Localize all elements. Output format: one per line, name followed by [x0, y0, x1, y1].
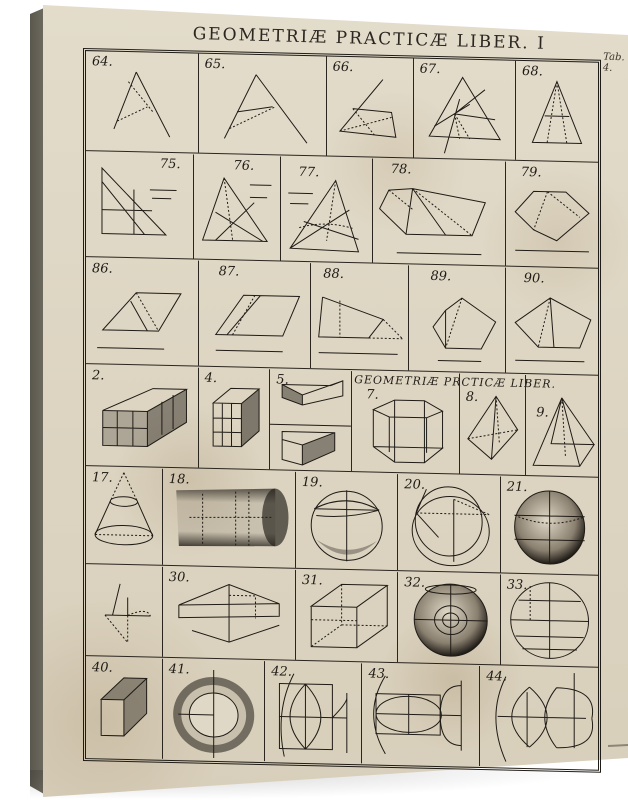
- figure-cell: 8.: [460, 374, 527, 476]
- figure-cell: 76.: [194, 155, 281, 261]
- canvas-side-edge: [30, 8, 44, 794]
- figure-cell: 67.: [414, 59, 516, 160]
- pentagon-diagram-icon: [409, 265, 505, 372]
- figure-cell: 79.: [506, 162, 598, 268]
- figure-cell: 86.: [86, 258, 199, 366]
- sphere-diagram-icon: [296, 472, 397, 570]
- figure-cell: 40.: [86, 657, 163, 759]
- figure-row-7: 40. 41. 42. 43. 44.: [86, 657, 598, 769]
- figure-cell: 21.: [501, 476, 598, 574]
- figure-cell: 17.: [86, 467, 163, 565]
- pyramid-icon: [526, 375, 598, 477]
- triangle-diagram-icon: [414, 59, 515, 160]
- figure-row-2: 75. 76. 77. 78. 79.: [86, 152, 598, 269]
- annulus-icon: [163, 659, 264, 761]
- figure-cell: 77.: [281, 156, 373, 262]
- parallelogram-diagram-icon: [86, 258, 198, 366]
- plate-title: GEOMETRIÆ PRACTICÆ LIBER. I: [192, 24, 546, 54]
- figure-cell: 20.: [398, 474, 500, 572]
- figure-cell: 9.: [526, 375, 598, 477]
- figure-cell: 32.: [398, 572, 500, 664]
- figure-cell: 31.: [296, 570, 398, 662]
- slab-and-prism-icon: [270, 369, 351, 471]
- triangle-diagram-icon: [516, 61, 598, 162]
- lens-square-icon: [265, 661, 361, 763]
- figure-cell: 19.: [296, 472, 398, 570]
- figure-row-3: 86. 87. 88. 89. 90.: [86, 258, 598, 376]
- figure-cell: 4.: [199, 368, 271, 470]
- figure-row-6: 30. 31. 32. 33.: [86, 565, 598, 668]
- cone-sketch-icon: [86, 565, 162, 657]
- triangle-diagram-icon: [86, 152, 193, 258]
- sphere-shaded-icon: [501, 476, 598, 574]
- cube-shaded-icon: [86, 657, 162, 759]
- circle-chords-icon: [501, 574, 598, 666]
- triangle-diagram-icon: [194, 155, 280, 261]
- figure-cell: [86, 565, 163, 657]
- triangle-diagram-icon: [281, 156, 372, 262]
- figure-cell: 44.: [480, 666, 598, 769]
- figure-cell: 89.: [409, 265, 506, 372]
- hexagonal-prism-icon: [352, 371, 459, 473]
- figure-cell: 90.: [506, 268, 598, 375]
- figure-row-4: 2. 4. 5. GEOMETRIÆ PRCTICÆ LIBER. 7. 8. …: [86, 365, 598, 478]
- figure-cell: 68.: [516, 61, 598, 162]
- figure-row-1: 64. 65. 66. 67. 68.: [86, 51, 598, 163]
- engraver-signature: [608, 743, 628, 747]
- figure-row-5: 17. 18. 19. 20. 21.: [86, 467, 598, 576]
- figure-cell: 2.: [86, 365, 199, 468]
- rhombus-prism-icon: [163, 567, 295, 660]
- hexagon-diagram-icon: [506, 162, 598, 268]
- figure-cell: 78.: [373, 159, 506, 266]
- tetrahedron-icon: [460, 374, 526, 475]
- sphere-shaded-icon: [398, 572, 499, 664]
- cone-diagram-icon: [86, 467, 162, 565]
- figure-cell: 75.: [86, 152, 194, 258]
- grid-cube-icon: [199, 368, 270, 470]
- ellipse-square-icon: [362, 663, 479, 766]
- figure-cell: 87.: [199, 261, 312, 369]
- quadrilateral-diagram-icon: [311, 263, 407, 370]
- figure-cell: 42.: [265, 661, 362, 763]
- figure-cell: 64.: [86, 51, 199, 153]
- figure-number: 9.: [536, 405, 548, 420]
- triangle-diagram-icon: [199, 54, 326, 156]
- two-circles-icon: [480, 666, 598, 769]
- figure-cell: 33.: [501, 574, 598, 666]
- figure-cell: 5.: [270, 369, 352, 471]
- figure-cell: 30.: [163, 567, 296, 660]
- cube-wireframe-icon: [296, 570, 397, 662]
- figure-cell: 18.: [163, 469, 296, 568]
- cylinder-diagram-icon: [163, 469, 295, 568]
- figure-cell: GEOMETRIÆ PRCTICÆ LIBER. 7.: [352, 371, 460, 473]
- parallelogram-diagram-icon: [199, 261, 311, 369]
- pentagon-diagram-icon: [506, 268, 598, 375]
- sphere-circles-icon: [398, 474, 499, 572]
- figure-cell: 43.: [362, 663, 480, 766]
- figure-cell: 65.: [199, 54, 327, 156]
- figure-plate: 64. 65. 66. 67. 68. 75. 76. 7: [83, 48, 601, 773]
- figure-cell: 41.: [163, 659, 265, 761]
- figure-cell: 88.: [311, 263, 408, 370]
- trapezoid-diagram-icon: [327, 57, 413, 158]
- grid-block-icon: [86, 365, 198, 468]
- plate-number: Tab. 4.: [603, 52, 628, 75]
- figure-cell: 66.: [327, 57, 414, 158]
- polygon-diagram-icon: [373, 159, 505, 266]
- triangle-diagram-icon: [86, 51, 198, 153]
